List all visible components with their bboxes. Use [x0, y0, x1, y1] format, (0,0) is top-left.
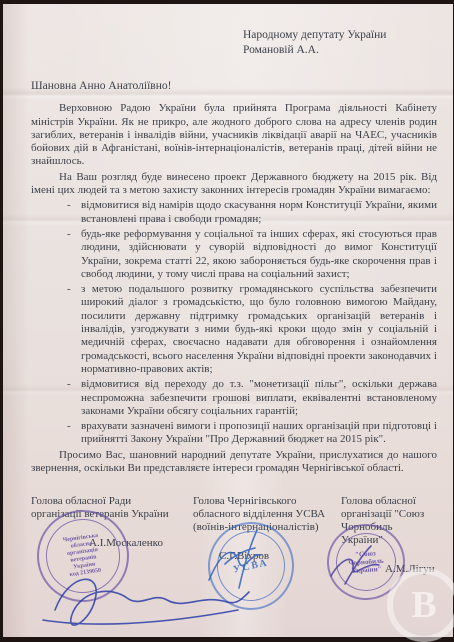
bullet-dash: -	[67, 228, 81, 281]
signature-block: Голова обласної Ради організації ветеран…	[31, 495, 437, 576]
addressee-line: Народному депутату України	[243, 28, 437, 43]
list-item: - будь-яке реформування у соціальної та …	[31, 228, 437, 281]
list-item: - відмовитися від переходу до т.з. "моне…	[31, 378, 437, 418]
signatory-title: Голова обласної організації "Союз Чорноб…	[341, 495, 437, 547]
list-item: - відмовитися від намірів щодо скасуванн…	[31, 199, 437, 226]
signatory-column: Голова обласної Ради організації ветеран…	[31, 495, 183, 576]
addressee-line: Романовій А.А.	[243, 43, 437, 58]
demand-text: врахувати зазначені вимоги і пропозиції …	[81, 420, 437, 447]
paragraph: Верховною Радою України була прийнята Пр…	[31, 102, 437, 168]
closing-paragraph: Просимо Вас, шановний народний депутате …	[31, 449, 437, 476]
signatory-title: Голова Чернігівського обласного відділен…	[193, 495, 331, 534]
demand-text: відмовитися від намірів щодо скасування …	[81, 199, 437, 226]
signatory-title: Голова обласної Ради організації ветеран…	[31, 495, 183, 521]
bullet-dash: -	[67, 283, 81, 376]
paper-edge-shadow	[3, 4, 29, 637]
signatory-name: А.І.Москаленко	[89, 537, 183, 550]
signatory-column: Голова Чернігівського обласного відділен…	[193, 495, 331, 576]
demand-text: відмовитися від переходу до т.з. "монети…	[81, 378, 437, 418]
signatory-name: А.М.Лігун	[385, 563, 437, 576]
watermark-letter: В	[411, 583, 436, 627]
demand-text: будь-яке реформування у соціальної та ін…	[81, 228, 437, 281]
bullet-dash: -	[67, 199, 81, 226]
signatory-name: С.Г.Віхров	[219, 550, 331, 563]
salutation: Шановна Анно Анатоліївно!	[31, 80, 437, 93]
bullet-dash: -	[67, 420, 81, 447]
moskalenko-signature	[43, 579, 249, 625]
bullet-dash: -	[67, 378, 81, 418]
signatory-column: Голова обласної організації "Союз Чорноб…	[341, 495, 437, 576]
list-item: - врахувати зазначені вимоги і пропозиці…	[31, 420, 437, 447]
paragraph: На Ваш розгляд буде винесено проект Держ…	[31, 171, 437, 198]
letter-paper: Народному депутату України Романовій А.А…	[3, 4, 453, 637]
demands-list: - відмовитися від намірів щодо скасуванн…	[31, 199, 437, 446]
list-item: - з метою подальшого розвитку громадянсь…	[31, 283, 437, 376]
addressee-block: Народному депутату України Романовій А.А…	[243, 28, 437, 58]
demand-text: з метою подальшого розвитку громадянсько…	[81, 283, 437, 376]
letter-content: Народному депутату України Романовій А.А…	[31, 28, 437, 576]
site-watermark-logo: В	[387, 568, 454, 640]
